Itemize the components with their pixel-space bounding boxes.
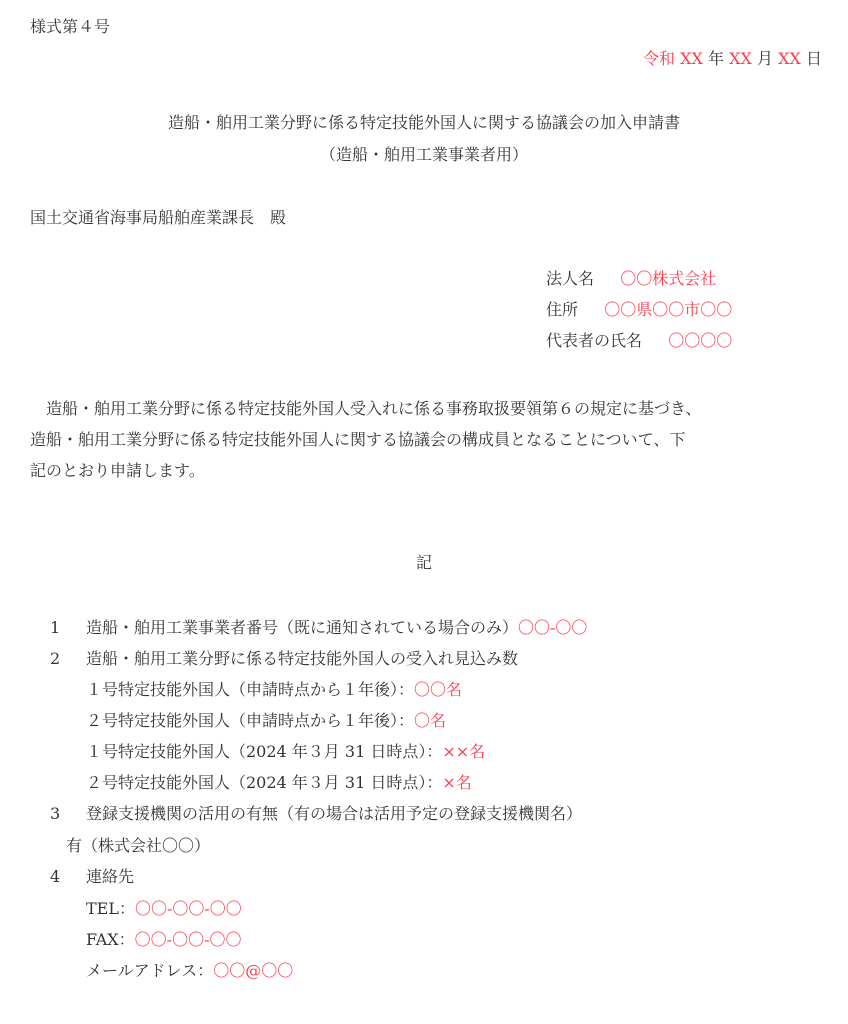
item-2-label: 造船・舶用工業分野に係る特定技能外国人の受入れ見込み数 (86, 649, 518, 668)
fax-label: FAX： (86, 930, 135, 949)
document-title: 造船・舶用工業分野に係る特定技能外国人に関する協議会の加入申請書 (0, 110, 848, 133)
item-2-row: ２号特定技能外国人（申請時点から１年後）：〇名 (86, 708, 446, 731)
corp-name-value: 〇〇株式会社 (620, 269, 716, 288)
item-1-label: 造船・舶用工業事業者番号（既に通知されている場合のみ） (86, 618, 518, 637)
corp-name-label: 法人名 (546, 269, 594, 288)
date-day-unit: 日 (806, 49, 822, 68)
item-4: 4連絡先 (50, 864, 134, 887)
ki-heading: 記 (0, 550, 848, 573)
form-number: 様式第４号 (30, 14, 110, 37)
representative-value: 〇〇〇〇 (668, 331, 732, 350)
address-value: 〇〇県〇〇市〇〇 (604, 300, 732, 319)
application-date: 令和 XX 年 XX 月 XX 日 (643, 46, 822, 69)
body-line-2: 造船・舶用工業分野に係る特定技能外国人に関する協議会の構成員となることについて、… (30, 427, 685, 450)
contact-email: メールアドレス：〇〇@〇〇 (86, 958, 293, 981)
applicant-corp-name: 法人名 〇〇株式会社 (546, 266, 716, 289)
item-3: 3登録支援機関の活用の有無（有の場合は活用予定の登録支援機関名） (50, 801, 582, 824)
item-1: 1造船・舶用工業事業者番号（既に通知されている場合のみ）〇〇-〇〇 (50, 615, 587, 638)
item-2-row-label: ２号特定技能外国人（2024 年３月 31 日時点）： (86, 773, 442, 792)
email-label: メールアドレス： (86, 961, 213, 980)
applicant-address: 住所 〇〇県〇〇市〇〇 (546, 297, 732, 320)
item-2-row: ２号特定技能外国人（2024 年３月 31 日時点）：×名 (86, 770, 472, 793)
body-line-3: 記のとおり申請します。 (30, 458, 205, 481)
item-2-number: 2 (50, 649, 86, 668)
item-2-row-label: １号特定技能外国人（申請時点から１年後）： (86, 680, 414, 699)
addressee: 国土交通省海事局船舶産業課長 殿 (30, 205, 286, 228)
date-year-unit: 年 (708, 49, 724, 68)
item-3-label: 登録支援機関の活用の有無（有の場合は活用予定の登録支援機関名） (86, 804, 582, 823)
contact-fax: FAX：〇〇-〇〇-〇〇 (86, 927, 242, 950)
item-2-row-label: ２号特定技能外国人（申請時点から１年後）： (86, 711, 414, 730)
item-3-number: 3 (50, 804, 86, 823)
item-2-row-value: 〇〇名 (414, 680, 462, 699)
contact-tel: TEL：〇〇-〇〇-〇〇 (86, 896, 242, 919)
document-subtitle: （造船・舶用工業事業者用） (0, 142, 848, 165)
item-1-number: 1 (50, 618, 86, 637)
date-month: XX (729, 49, 752, 68)
representative-label: 代表者の氏名 (546, 331, 642, 350)
item-2-row-value: ×名 (442, 773, 471, 792)
item-2: 2造船・舶用工業分野に係る特定技能外国人の受入れ見込み数 (50, 646, 518, 669)
item-2-row-value: 〇名 (414, 711, 446, 730)
body-line-1: 造船・舶用工業分野に係る特定技能外国人受入れに係る事務取扱要領第６の規定に基づき… (30, 396, 701, 419)
date-month-unit: 月 (757, 49, 773, 68)
date-day: XX (778, 49, 801, 68)
date-era: 令和 (643, 49, 675, 68)
tel-label: TEL： (86, 899, 135, 918)
item-1-value: 〇〇-〇〇 (518, 618, 587, 637)
date-year: XX (680, 49, 703, 68)
item-4-label: 連絡先 (86, 867, 134, 886)
address-label: 住所 (546, 300, 578, 319)
item-2-row: １号特定技能外国人（2024 年３月 31 日時点）：××名 (86, 739, 485, 762)
item-2-row-label: １号特定技能外国人（2024 年３月 31 日時点）： (86, 742, 442, 761)
fax-value: 〇〇-〇〇-〇〇 (135, 930, 242, 949)
item-4-number: 4 (50, 867, 86, 886)
item-3-answer: 有（株式会社〇〇） (66, 833, 210, 856)
item-2-row-value: ××名 (442, 742, 485, 761)
item-2-row: １号特定技能外国人（申請時点から１年後）：〇〇名 (86, 677, 462, 700)
tel-value: 〇〇-〇〇-〇〇 (135, 899, 242, 918)
email-value: 〇〇@〇〇 (213, 961, 293, 980)
applicant-representative: 代表者の氏名 〇〇〇〇 (546, 328, 732, 351)
